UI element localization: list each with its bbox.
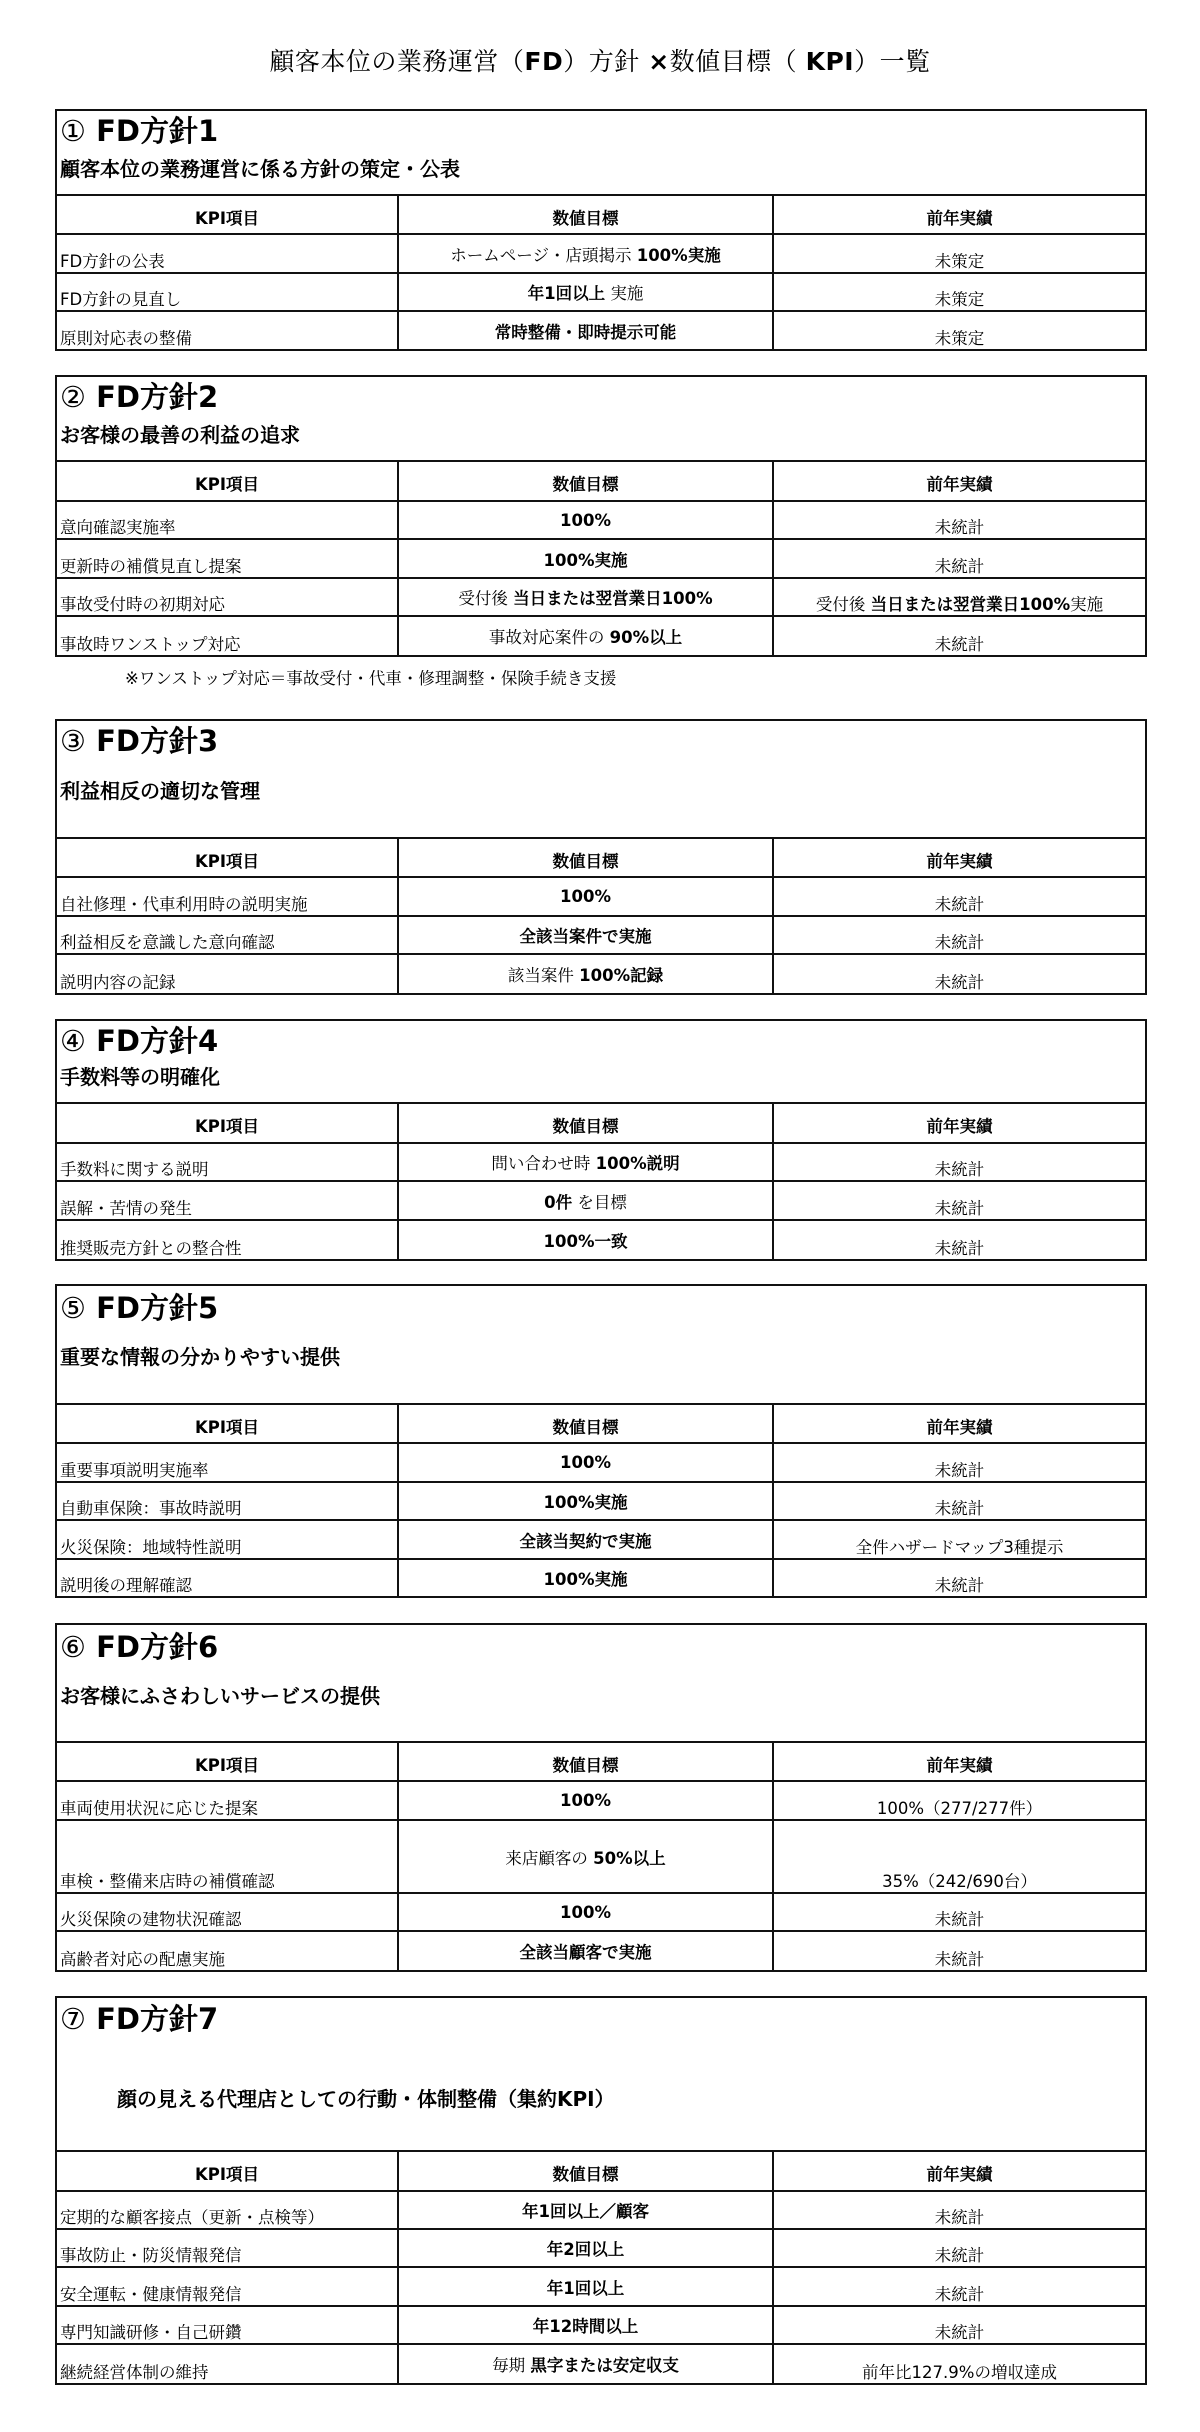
prev-text: 未統計 [935, 2285, 985, 2304]
kpi-header-row: KPI項目数値目標前年実績 [57, 1743, 1145, 1781]
table-row: 説明内容の記録該当案件 100%記録未統計 [57, 954, 1145, 993]
target-text: 100%一致 [544, 1232, 628, 1251]
prev-text: 未統計 [935, 557, 985, 576]
target-text: 年1回以上 [547, 2279, 624, 2298]
kpi-header-row: KPI項目数値目標前年実績 [57, 1104, 1145, 1143]
target-cell: 年2回以上 [398, 2229, 773, 2267]
prev-text: 35%（242/690台） [882, 1872, 1037, 1891]
kpi-item-cell: 高齢者対応の配慮実施 [57, 1931, 398, 1970]
target-cell: 0件 を目標 [398, 1181, 773, 1220]
section-heading: ③ FD方針3 [60, 723, 218, 759]
prev-result-cell: 未統計 [773, 1931, 1145, 1970]
target-text: 100% [560, 887, 611, 906]
table-row: FD方針の見直し年1回以上 実施未策定 [57, 273, 1145, 311]
target-text: 全該当契約で実施 [520, 1532, 652, 1551]
table-row: 安全運転・健康情報発信年1回以上未統計 [57, 2267, 1145, 2306]
col-header-item: KPI項目 [57, 462, 398, 501]
col-header-prev: 前年実績 [773, 839, 1145, 877]
kpi-item-cell: 利益相反を意識した意向確認 [57, 916, 398, 954]
prev-result-cell: 未統計 [773, 501, 1145, 539]
prev-result-cell: 35%（242/690台） [773, 1820, 1145, 1893]
table-row: 高齢者対応の配慮実施全該当顧客で実施未統計 [57, 1931, 1145, 1970]
prev-result-cell: 全件ハザードマップ3種提示 [773, 1520, 1145, 1559]
kpi-item-cell: 手数料に関する説明 [57, 1143, 398, 1181]
prev-text: 当日または翌営業日100% [871, 595, 1070, 614]
section-heading: ① FD方針1 [60, 113, 218, 149]
target-cell: 全該当顧客で実施 [398, 1931, 773, 1970]
section-heading: ⑥ FD方針6 [60, 1629, 218, 1665]
policy-section-6: ⑥ FD方針6お客様にふさわしいサービスの提供KPI項目数値目標前年実績車両使用… [55, 1623, 1147, 1972]
target-text: 年1回以上 [528, 284, 605, 303]
title-part: 数値目標（ [670, 47, 806, 76]
heading-label: FD方針6 [96, 1630, 218, 1664]
target-text: 毎期 [492, 2356, 530, 2375]
page-title: 顧客本位の業務運営（FD）方針 ×数値目標（ KPI）一覧 [0, 44, 1200, 80]
target-text: 100%説明 [596, 1154, 680, 1173]
col-header-target: 数値目標 [398, 839, 773, 877]
title-part: KPI [806, 47, 855, 76]
table-row: 意向確認実施率100%未統計 [57, 501, 1145, 539]
circled-number: ⑤ [60, 1291, 86, 1325]
target-text: 100%実施 [637, 246, 721, 265]
section-subtitle: 手数料等の明確化 [60, 1063, 220, 1091]
prev-text: 未統計 [935, 1199, 985, 1218]
prev-text: 受付後 [816, 595, 871, 614]
target-text: 年2回以上 [547, 2240, 624, 2259]
prev-result-cell: 未統計 [773, 1482, 1145, 1520]
table-row: 定期的な顧客接点（更新・点検等）年1回以上／顧客未統計 [57, 2191, 1145, 2229]
target-text: 100%実施 [544, 1493, 628, 1512]
kpi-table: KPI項目数値目標前年実績重要事項説明実施率100%未統計自動車保険：事故時説明… [57, 1405, 1145, 1596]
prev-result-cell: 未統計 [773, 1220, 1145, 1259]
section-subtitle: お客様の最善の利益の追求 [60, 421, 300, 449]
kpi-item-cell: 車両使用状況に応じた提案 [57, 1781, 398, 1820]
target-text: 実施 [605, 284, 643, 303]
section-subtitle: 重要な情報の分かりやすい提供 [60, 1343, 340, 1371]
kpi-item-cell: 原則対応表の整備 [57, 311, 398, 349]
section-header: ① FD方針1顧客本位の業務運営に係る方針の策定・公表 [57, 111, 1145, 196]
target-cell: 事故対応案件の 90%以上 [398, 616, 773, 655]
section-heading: ④ FD方針4 [60, 1023, 218, 1059]
circled-number: ⑥ [60, 1630, 86, 1664]
kpi-header-row: KPI項目数値目標前年実績 [57, 839, 1145, 877]
target-cell: 100% [398, 1893, 773, 1931]
kpi-table: KPI項目数値目標前年実績定期的な顧客接点（更新・点検等）年1回以上／顧客未統計… [57, 2152, 1145, 2383]
target-text: 全該当顧客で実施 [520, 1943, 652, 1962]
prev-text: 未統計 [935, 2208, 985, 2227]
prev-text: 未統計 [935, 973, 985, 992]
circled-number: ③ [60, 724, 86, 758]
section-header: ④ FD方針4手数料等の明確化 [57, 1021, 1145, 1104]
kpi-item-cell: 意向確認実施率 [57, 501, 398, 539]
target-cell: 年1回以上 実施 [398, 273, 773, 311]
target-text: 事故対応案件の [489, 628, 610, 647]
table-row: 専門知識研修・自己研鑽年12時間以上未統計 [57, 2306, 1145, 2344]
kpi-item-cell: 専門知識研修・自己研鑽 [57, 2306, 398, 2344]
prev-result-cell: 未統計 [773, 916, 1145, 954]
prev-text: 未統計 [935, 1576, 985, 1595]
target-cell: 100%実施 [398, 539, 773, 578]
kpi-header-row: KPI項目数値目標前年実績 [57, 196, 1145, 234]
section-header: ③ FD方針3利益相反の適切な管理 [57, 721, 1145, 839]
target-text: を目標 [572, 1193, 627, 1212]
table-row: 火災保険の建物状況確認100%未統計 [57, 1893, 1145, 1931]
prev-result-cell: 未統計 [773, 1181, 1145, 1220]
target-text: 100% [560, 1791, 611, 1810]
prev-text: 未統計 [935, 1160, 985, 1179]
prev-result-cell: 未統計 [773, 2306, 1145, 2344]
circled-number: ② [60, 380, 86, 414]
circled-number: ① [60, 114, 86, 148]
target-cell: 来店顧客の 50%以上 [398, 1820, 773, 1893]
circled-number: ④ [60, 1024, 86, 1058]
table-row: 自動車保険：事故時説明100%実施未統計 [57, 1482, 1145, 1520]
target-cell: 年1回以上／顧客 [398, 2191, 773, 2229]
table-row: 火災保険：地域特性説明全該当契約で実施全件ハザードマップ3種提示 [57, 1520, 1145, 1559]
prev-text: 未策定 [935, 329, 985, 348]
kpi-table: KPI項目数値目標前年実績車両使用状況に応じた提案100%100%（277/27… [57, 1743, 1145, 1970]
target-text: 黒字または安定収支 [530, 2356, 679, 2375]
policy-section-3: ③ FD方針3利益相反の適切な管理KPI項目数値目標前年実績自社修理・代車利用時… [55, 719, 1147, 995]
title-part: 顧客本位の業務運営（ [269, 47, 524, 76]
kpi-item-cell: 誤解・苦情の発生 [57, 1181, 398, 1220]
prev-text: 未統計 [935, 933, 985, 952]
kpi-table: KPI項目数値目標前年実績手数料に関する説明問い合わせ時 100%説明未統計誤解… [57, 1104, 1145, 1259]
prev-text: 実施 [1070, 595, 1103, 614]
target-text: 100%記録 [579, 966, 663, 985]
target-text: ホームページ・店頭掲示 [450, 246, 636, 265]
section-header: ② FD方針2お客様の最善の利益の追求 [57, 377, 1145, 462]
table-row: 原則対応表の整備常時整備・即時提示可能未策定 [57, 311, 1145, 349]
target-cell: 常時整備・即時提示可能 [398, 311, 773, 349]
target-cell: 年1回以上 [398, 2267, 773, 2306]
target-cell: 受付後 当日または翌営業日100% [398, 578, 773, 616]
footnote-onestop: ※ワンストップ対応＝事故受付・代車・修理調整・保険手続き支援 [125, 667, 616, 691]
prev-text: 全件ハザードマップ3種提示 [856, 1538, 1064, 1557]
prev-result-cell: 未統計 [773, 1893, 1145, 1931]
col-header-target: 数値目標 [398, 1405, 773, 1443]
target-text: 90%以上 [610, 628, 683, 647]
col-header-target: 数値目標 [398, 1743, 773, 1781]
kpi-item-cell: 火災保険の建物状況確認 [57, 1893, 398, 1931]
title-part: × [648, 47, 669, 76]
prev-result-cell: 未策定 [773, 311, 1145, 349]
prev-text: 未策定 [935, 252, 985, 271]
table-row: 重要事項説明実施率100%未統計 [57, 1443, 1145, 1482]
target-cell: 全該当案件で実施 [398, 916, 773, 954]
heading-label: FD方針7 [96, 2002, 218, 2036]
table-row: 事故防止・防災情報発信年2回以上未統計 [57, 2229, 1145, 2267]
col-header-target: 数値目標 [398, 2152, 773, 2191]
prev-result-cell: 100%（277/277件） [773, 1781, 1145, 1820]
kpi-item-cell: 車検・整備来店時の補償確認 [57, 1820, 398, 1893]
target-cell: 100%一致 [398, 1220, 773, 1259]
target-cell: 全該当契約で実施 [398, 1520, 773, 1559]
kpi-item-cell: 更新時の補償見直し提案 [57, 539, 398, 578]
kpi-item-cell: 事故受付時の初期対応 [57, 578, 398, 616]
prev-text: 100%（277/277件） [877, 1799, 1042, 1818]
col-header-item: KPI項目 [57, 196, 398, 234]
kpi-item-cell: 自動車保険：事故時説明 [57, 1482, 398, 1520]
col-header-prev: 前年実績 [773, 462, 1145, 501]
target-text: 受付後 [458, 589, 513, 608]
kpi-item-cell: 定期的な顧客接点（更新・点検等） [57, 2191, 398, 2229]
prev-result-cell: 未統計 [773, 2191, 1145, 2229]
kpi-item-cell: 継続経営体制の維持 [57, 2344, 398, 2383]
heading-label: FD方針1 [96, 114, 218, 148]
table-row: 更新時の補償見直し提案100%実施未統計 [57, 539, 1145, 578]
target-cell: 100% [398, 1781, 773, 1820]
target-text: 全該当案件で実施 [520, 927, 652, 946]
policy-section-5: ⑤ FD方針5重要な情報の分かりやすい提供KPI項目数値目標前年実績重要事項説明… [55, 1284, 1147, 1598]
policy-section-1: ① FD方針1顧客本位の業務運営に係る方針の策定・公表KPI項目数値目標前年実績… [55, 109, 1147, 351]
kpi-item-cell: 事故時ワンストップ対応 [57, 616, 398, 655]
title-part: ）一覧 [854, 47, 931, 76]
target-text: 年12時間以上 [533, 2317, 638, 2336]
col-header-item: KPI項目 [57, 1743, 398, 1781]
prev-result-cell: 未策定 [773, 234, 1145, 273]
target-cell: 100%実施 [398, 1559, 773, 1596]
target-text: 問い合わせ時 [491, 1154, 595, 1173]
kpi-item-cell: 火災保険：地域特性説明 [57, 1520, 398, 1559]
col-header-item: KPI項目 [57, 2152, 398, 2191]
section-subtitle: お客様にふさわしいサービスの提供 [60, 1682, 380, 1710]
col-header-item: KPI項目 [57, 1405, 398, 1443]
kpi-header-row: KPI項目数値目標前年実績 [57, 462, 1145, 501]
prev-result-cell: 未統計 [773, 877, 1145, 916]
prev-text: 未統計 [935, 1950, 985, 1969]
prev-result-cell: 未統計 [773, 1559, 1145, 1596]
table-row: 継続経営体制の維持毎期 黒字または安定収支前年比127.9%の増収達成 [57, 2344, 1145, 2383]
prev-result-cell: 未策定 [773, 273, 1145, 311]
prev-result-cell: 未統計 [773, 1443, 1145, 1482]
target-cell: 該当案件 100%記録 [398, 954, 773, 993]
circled-number: ⑦ [60, 2002, 86, 2036]
section-subtitle: 顧客本位の業務運営に係る方針の策定・公表 [60, 155, 460, 183]
col-header-item: KPI項目 [57, 1104, 398, 1143]
kpi-item-cell: 安全運転・健康情報発信 [57, 2267, 398, 2306]
prev-text: 未統計 [935, 635, 985, 654]
target-text: 100%実施 [544, 551, 628, 570]
target-text: 100% [560, 1903, 611, 1922]
table-row: 事故受付時の初期対応受付後 当日または翌営業日100%受付後 当日または翌営業日… [57, 578, 1145, 616]
prev-result-cell: 前年比127.9%の増収達成 [773, 2344, 1145, 2383]
col-header-target: 数値目標 [398, 462, 773, 501]
prev-text: 未策定 [935, 290, 985, 309]
prev-result-cell: 未統計 [773, 1143, 1145, 1181]
section-header: ⑦ FD方針7顔の見える代理店としての行動・体制整備（集約KPI） [57, 1998, 1145, 2152]
target-cell: 100% [398, 501, 773, 539]
table-row: 推奨販売方針との整合性100%一致未統計 [57, 1220, 1145, 1259]
heading-label: FD方針3 [96, 724, 218, 758]
col-header-target: 数値目標 [398, 196, 773, 234]
prev-text: 前年比127.9%の増収達成 [862, 2363, 1057, 2382]
kpi-item-cell: FD方針の見直し [57, 273, 398, 311]
table-row: 車両使用状況に応じた提案100%100%（277/277件） [57, 1781, 1145, 1820]
target-text: 常時整備・即時提示可能 [495, 323, 677, 342]
target-text: 年1回以上／顧客 [522, 2202, 649, 2221]
policy-section-7: ⑦ FD方針7顔の見える代理店としての行動・体制整備（集約KPI）KPI項目数値… [55, 1996, 1147, 2385]
table-row: 車検・整備来店時の補償確認来店顧客の 50%以上35%（242/690台） [57, 1820, 1145, 1893]
prev-result-cell: 未統計 [773, 616, 1145, 655]
kpi-table: KPI項目数値目標前年実績FD方針の公表ホームページ・店頭掲示 100%実施未策… [57, 196, 1145, 349]
target-text: 当日または翌営業日100% [513, 589, 712, 608]
table-row: FD方針の公表ホームページ・店頭掲示 100%実施未策定 [57, 234, 1145, 273]
target-text: 50%以上 [593, 1849, 666, 1868]
prev-result-cell: 未統計 [773, 954, 1145, 993]
col-header-item: KPI項目 [57, 839, 398, 877]
prev-text: 未統計 [935, 2246, 985, 2265]
target-cell: 100% [398, 877, 773, 916]
prev-text: 未統計 [935, 2323, 985, 2342]
prev-text: 未統計 [935, 518, 985, 537]
target-cell: 年12時間以上 [398, 2306, 773, 2344]
kpi-table: KPI項目数値目標前年実績意向確認実施率100%未統計更新時の補償見直し提案10… [57, 462, 1145, 655]
col-header-prev: 前年実績 [773, 196, 1145, 234]
prev-result-cell: 未統計 [773, 2229, 1145, 2267]
section-subtitle: 利益相反の適切な管理 [60, 777, 260, 805]
prev-text: 未統計 [935, 1239, 985, 1258]
prev-text: 未統計 [935, 1461, 985, 1480]
prev-result-cell: 受付後 当日または翌営業日100%実施 [773, 578, 1145, 616]
prev-text: 未統計 [935, 895, 985, 914]
kpi-item-cell: 推奨販売方針との整合性 [57, 1220, 398, 1259]
prev-result-cell: 未統計 [773, 2267, 1145, 2306]
section-heading: ⑤ FD方針5 [60, 1290, 218, 1326]
section-subtitle: 顔の見える代理店としての行動・体制整備（集約KPI） [117, 2085, 615, 2113]
kpi-item-cell: 事故防止・防災情報発信 [57, 2229, 398, 2267]
prev-text: 未統計 [935, 1499, 985, 1518]
target-text: 100%実施 [544, 1570, 628, 1589]
heading-label: FD方針4 [96, 1024, 218, 1058]
col-header-prev: 前年実績 [773, 1405, 1145, 1443]
title-part: FD [524, 47, 563, 76]
kpi-table: KPI項目数値目標前年実績自社修理・代車利用時の説明実施100%未統計利益相反を… [57, 839, 1145, 993]
target-cell: ホームページ・店頭掲示 100%実施 [398, 234, 773, 273]
target-text: 該当案件 [508, 966, 579, 985]
heading-label: FD方針2 [96, 380, 218, 414]
target-text: 100% [560, 511, 611, 530]
table-row: 手数料に関する説明問い合わせ時 100%説明未統計 [57, 1143, 1145, 1181]
table-row: 利益相反を意識した意向確認全該当案件で実施未統計 [57, 916, 1145, 954]
target-cell: 100%実施 [398, 1482, 773, 1520]
target-cell: 毎期 黒字または安定収支 [398, 2344, 773, 2383]
kpi-item-cell: 重要事項説明実施率 [57, 1443, 398, 1482]
kpi-item-cell: 自社修理・代車利用時の説明実施 [57, 877, 398, 916]
col-header-prev: 前年実績 [773, 1743, 1145, 1781]
section-header: ⑥ FD方針6お客様にふさわしいサービスの提供 [57, 1625, 1145, 1743]
policy-section-2: ② FD方針2お客様の最善の利益の追求KPI項目数値目標前年実績意向確認実施率1… [55, 375, 1147, 657]
kpi-header-row: KPI項目数値目標前年実績 [57, 2152, 1145, 2191]
kpi-item-cell: 説明内容の記録 [57, 954, 398, 993]
kpi-header-row: KPI項目数値目標前年実績 [57, 1405, 1145, 1443]
col-header-prev: 前年実績 [773, 2152, 1145, 2191]
section-header: ⑤ FD方針5重要な情報の分かりやすい提供 [57, 1286, 1145, 1405]
table-row: 説明後の理解確認100%実施未統計 [57, 1559, 1145, 1596]
heading-label: FD方針5 [96, 1291, 218, 1325]
table-row: 誤解・苦情の発生0件 を目標未統計 [57, 1181, 1145, 1220]
table-row: 事故時ワンストップ対応事故対応案件の 90%以上未統計 [57, 616, 1145, 655]
target-text: 100% [560, 1453, 611, 1472]
col-header-target: 数値目標 [398, 1104, 773, 1143]
kpi-item-cell: FD方針の公表 [57, 234, 398, 273]
target-text: 0件 [544, 1193, 572, 1212]
target-text: 来店顧客の [505, 1849, 593, 1868]
target-cell: 100% [398, 1443, 773, 1482]
kpi-item-cell: 説明後の理解確認 [57, 1559, 398, 1596]
target-cell: 問い合わせ時 100%説明 [398, 1143, 773, 1181]
table-row: 自社修理・代車利用時の説明実施100%未統計 [57, 877, 1145, 916]
prev-text: 未統計 [935, 1910, 985, 1929]
title-part: ）方針 [563, 47, 648, 76]
prev-result-cell: 未統計 [773, 539, 1145, 578]
col-header-prev: 前年実績 [773, 1104, 1145, 1143]
policy-section-4: ④ FD方針4手数料等の明確化KPI項目数値目標前年実績手数料に関する説明問い合… [55, 1019, 1147, 1261]
section-heading: ② FD方針2 [60, 379, 218, 415]
section-heading: ⑦ FD方針7 [60, 2001, 218, 2037]
